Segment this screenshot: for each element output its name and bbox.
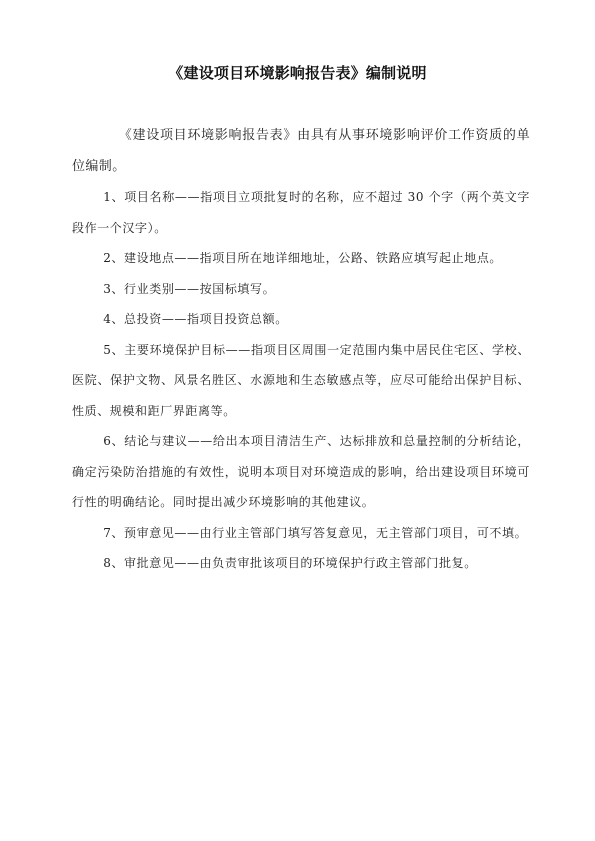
document-title: 《建设项目环境影响报告表》编制说明 — [0, 62, 595, 83]
document-body: 《建设项目环境影响报告表》由具有从事环境影响评价工作资质的单位编制。 1、项目名… — [72, 121, 530, 579]
item-total-investment: 4、总投资——指项目投资总额。 — [72, 304, 530, 335]
item-conclusions: 6、结论与建议——给出本项目清洁生产、达标排放和总量控制的分析结论，确定污染防治… — [72, 426, 530, 518]
document-page: 《建设项目环境影响报告表》编制说明 《建设项目环境影响报告表》由具有从事环境影响… — [0, 0, 595, 841]
item-pre-review-opinion: 7、预审意见——由行业主管部门填写答复意见，无主管部门项目，可不填。 — [72, 518, 530, 549]
item-construction-site: 2、建设地点——指项目所在地详细地址，公路、铁路应填写起止地点。 — [72, 243, 530, 274]
item-protection-targets: 5、主要环境保护目标——指项目区周围一定范围内集中居民住宅区、学校、医院、保护文… — [72, 335, 530, 427]
intro-paragraph: 《建设项目环境影响报告表》由具有从事环境影响评价工作资质的单位编制。 — [72, 121, 530, 182]
item-project-name: 1、项目名称——指项目立项批复时的名称，应不超过 30 个字（两个英文字段作一个… — [72, 182, 530, 243]
item-industry-category: 3、行业类别——按国标填写。 — [72, 274, 530, 305]
item-approval-opinion: 8、审批意见——由负责审批该项目的环境保护行政主管部门批复。 — [72, 548, 530, 579]
